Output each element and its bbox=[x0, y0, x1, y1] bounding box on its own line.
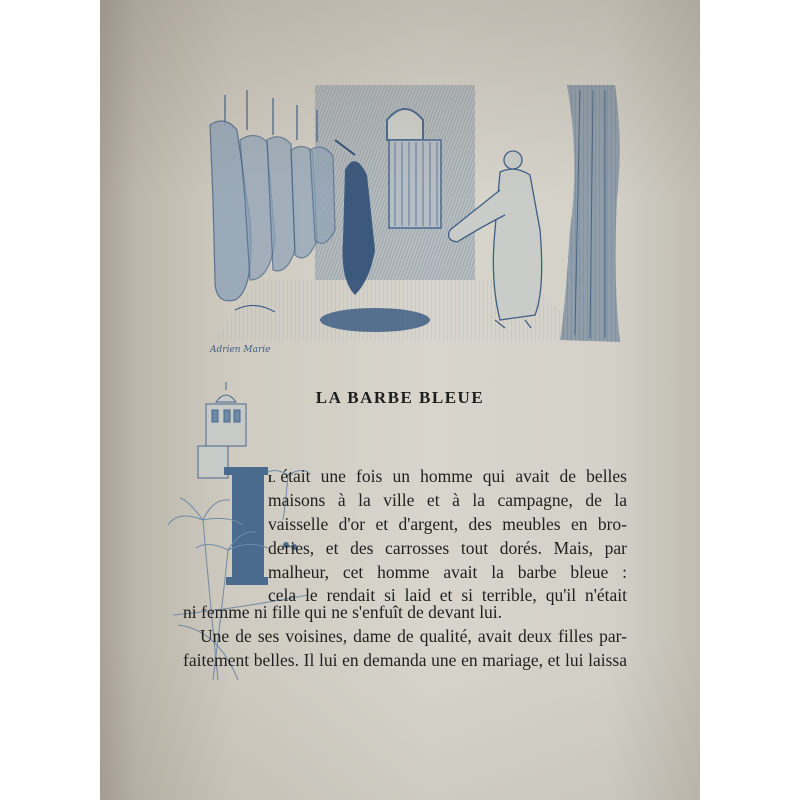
body-line-8: Une de ses voisines, dame de qualité, av… bbox=[183, 626, 627, 646]
curtain bbox=[560, 85, 620, 342]
body-line-1: Létait une fois un homme qui avait de be… bbox=[268, 466, 627, 489]
body-line-4: deries, et des carrosses tout dorés. Mai… bbox=[268, 538, 627, 558]
engraving-illustration: Adrien Marie bbox=[195, 80, 625, 365]
artist-signature: Adrien Marie bbox=[209, 345, 271, 355]
body-line-9: faitement belles. Il lui en demanda une … bbox=[183, 650, 627, 670]
tower-icon bbox=[198, 382, 246, 478]
body-line-3: vaisselle d'or et d'argent, des meubles … bbox=[268, 514, 627, 534]
body-text: était une fois un homme qui avait de bel… bbox=[280, 466, 627, 486]
drop-cap-small-letter: L bbox=[268, 473, 275, 485]
body-line-7: ni femme ni fille qui ne s'enfuît de dev… bbox=[183, 602, 502, 622]
drop-cap-letter-i bbox=[224, 467, 268, 585]
book-page: Adrien Marie LA BARBE BLEUE bbox=[100, 0, 700, 800]
body-line-5: malheur, cet homme avait la barbe bleue … bbox=[268, 562, 627, 582]
body-line-2: maisons à la ville et à la campagne, de … bbox=[268, 490, 627, 510]
